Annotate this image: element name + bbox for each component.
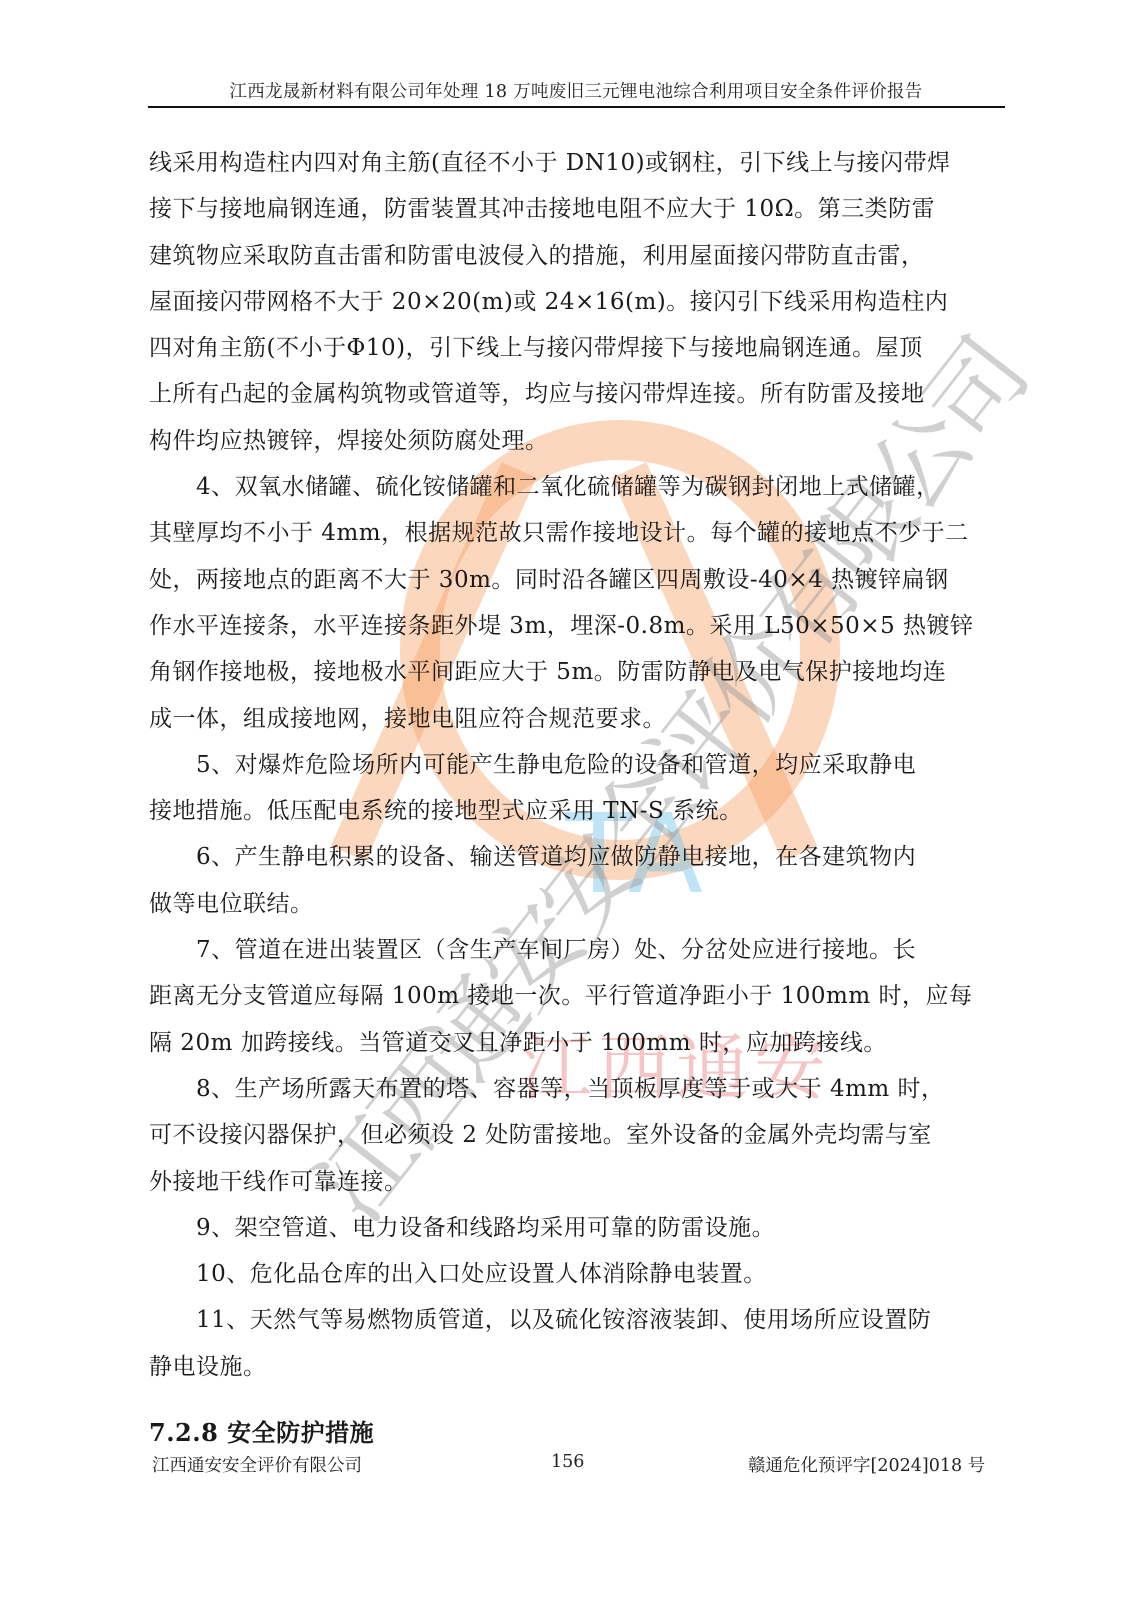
text-line: 角钢作接地极，接地极水平间距应大于 5m。防雷防静电及电气保护接地均连 xyxy=(149,649,1007,695)
text-line: 成一体，组成接地网，接地电阻应符合规范要求。 xyxy=(149,696,1007,742)
text-line: 做等电位联结。 xyxy=(149,881,1007,927)
list-item-5: 5、对爆炸危险场所内可能产生静电危险的设备和管道，均应采取静电 xyxy=(149,742,1007,788)
text-line: 建筑物应采取防直击雷和防雷电波侵入的措施，利用屋面接闪带防直击雷， xyxy=(149,233,1007,279)
text-line: 可不设接闪器保护，但必须设 2 处防雷接地。室外设备的金属外壳均需与室 xyxy=(149,1112,1007,1158)
text-line: 上所有凸起的金属构筑物或管道等，均应与接闪带焊连接。所有防雷及接地 xyxy=(149,371,1007,417)
document-page: TA 江西通安 江西通安安全评价有限公司 江西龙晟新材料有限公司年处理 18 万… xyxy=(0,0,1131,1600)
list-item-4: 4、双氧水储罐、硫化铵储罐和二氧化硫储罐等为碳钢封闭地上式储罐， xyxy=(149,464,1007,510)
page-number: 156 xyxy=(551,1452,584,1472)
section-heading: 7.2.8 安全防护措施 xyxy=(149,1413,374,1448)
body-text: 线采用构造柱内四对角主筋(直径不小于 DN10)或钢柱，引下线上与接闪带焊 接下… xyxy=(149,140,1007,1390)
list-item-7: 7、管道在进出装置区（含生产车间厂房）处、分岔处应进行接地。长 xyxy=(149,927,1007,973)
text-line: 隔 20m 加跨接线。当管道交叉且净距小于 100mm 时，应加跨接线。 xyxy=(149,1020,1007,1066)
text-line: 线采用构造柱内四对角主筋(直径不小于 DN10)或钢柱，引下线上与接闪带焊 xyxy=(149,140,1007,186)
text-line: 构件均应热镀锌，焊接处须防腐处理。 xyxy=(149,418,1007,464)
text-line: 屋面接闪带网格不大于 20×20(m)或 24×16(m)。接闪引下线采用构造柱… xyxy=(149,279,1007,325)
list-item-9: 9、架空管道、电力设备和线路均采用可靠的防雷设施。 xyxy=(149,1205,1007,1251)
text-line: 四对角主筋(不小于Φ10)，引下线上与接闪带焊接下与接地扁钢连通。屋顶 xyxy=(149,325,1007,371)
text-line: 接下与接地扁钢连通，防雷装置其冲击接地电阻不应大于 10Ω。第三类防雷 xyxy=(149,186,1007,232)
running-header: 江西龙晟新材料有限公司年处理 18 万吨废旧三元锂电池综合利用项目安全条件评价报… xyxy=(148,78,1004,103)
footer-doc-number: 赣通危化预评字[2024]018 号 xyxy=(748,1452,985,1477)
text-line: 距离无分支管道应每隔 100m 接地一次。平行管道净距小于 100mm 时，应每 xyxy=(149,973,1007,1019)
text-line: 接地措施。低压配电系统的接地型式应采用 TN-S 系统。 xyxy=(149,788,1007,834)
footer-company: 江西通安安全评价有限公司 xyxy=(152,1452,362,1477)
header-divider xyxy=(148,106,1005,108)
list-item-6: 6、产生静电积累的设备、输送管道均应做防静电接地，在各建筑物内 xyxy=(149,834,1007,880)
text-line: 作水平连接条，水平连接条距外堤 3m，埋深-0.8m。采用 L50×50×5 热… xyxy=(149,603,1007,649)
list-item-11: 11、天然气等易燃物质管道，以及硫化铵溶液装卸、使用场所应设置防 xyxy=(149,1297,1007,1343)
list-item-10: 10、危化品仓库的出入口处应设置人体消除静电装置。 xyxy=(149,1251,1007,1297)
text-line: 处，两接地点的距离不大于 30m。同时沿各罐区四周敷设-40×4 热镀锌扁钢 xyxy=(149,557,1007,603)
text-line: 外接地干线作可靠连接。 xyxy=(149,1159,1007,1205)
text-line: 其壁厚均不小于 4mm，根据规范故只需作接地设计。每个罐的接地点不少于二 xyxy=(149,510,1007,556)
list-item-8: 8、生产场所露天布置的塔、容器等，当顶板厚度等于或大于 4mm 时， xyxy=(149,1066,1007,1112)
text-line: 静电设施。 xyxy=(149,1344,1007,1390)
